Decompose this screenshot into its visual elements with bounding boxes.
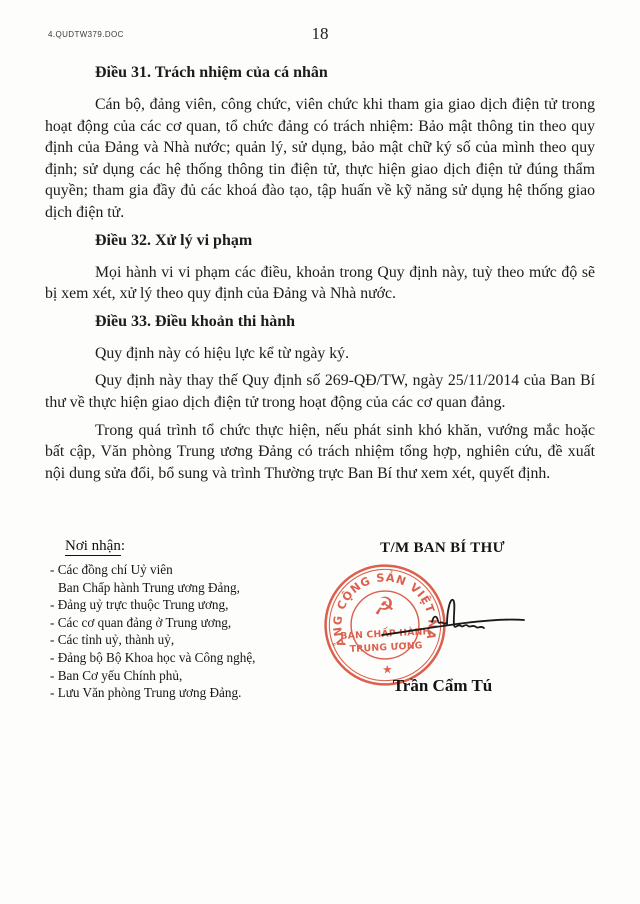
document-page: 4.QUDTW379.DOC 18 Điều 31. Trách nhiệm c… xyxy=(0,0,640,904)
recipient-item: - Đảng bộ Bộ Khoa học và Công nghệ, xyxy=(50,649,255,667)
article-33-heading: Điều 33. Điều khoản thi hành xyxy=(45,311,595,333)
article-33-paragraph-2: Quy định này thay thế Quy định số 269-QĐ… xyxy=(45,370,595,413)
document-body: Điều 31. Trách nhiệm của cá nhân Cán bộ,… xyxy=(45,62,595,490)
article-31-heading: Điều 31. Trách nhiệm của cá nhân xyxy=(45,62,595,84)
article-32-paragraph: Mọi hành vi vi phạm các điều, khoản tron… xyxy=(45,262,595,305)
article-31-paragraph: Cán bộ, đảng viên, công chức, viên chức … xyxy=(45,94,595,224)
page-number: 18 xyxy=(0,24,640,44)
recipient-item-continuation: Ban Chấp hành Trung ương Đảng, xyxy=(50,579,255,597)
recipient-item: - Lưu Văn phòng Trung ương Đảng. xyxy=(50,684,255,702)
recipient-item: - Các tỉnh uỷ, thành uỷ, xyxy=(50,631,255,649)
recipient-item: - Ban Cơ yếu Chính phủ, xyxy=(50,667,255,685)
signature-block: T/M BAN BÍ THƯ ĐẢNG CỘNG SẢN VIỆT NAM ☭ … xyxy=(320,538,565,778)
recipient-item: - Các cơ quan đảng ở Trung ương, xyxy=(50,614,255,632)
article-33-paragraph-3: Trong quá trình tổ chức thực hiện, nếu p… xyxy=(45,420,595,485)
signer-name: Trần Cẩm Tú xyxy=(320,676,565,696)
recipients-label: Nơi nhận: xyxy=(65,538,255,555)
article-33-paragraph-1: Quy định này có hiệu lực kể từ ngày ký. xyxy=(45,343,595,365)
signature-footer: Nơi nhận: - Các đồng chí Uỷ viên Ban Chấ… xyxy=(0,538,640,778)
handwritten-signature xyxy=(380,588,530,648)
star-icon: ★ xyxy=(382,662,393,677)
recipients-label-colon: : xyxy=(121,538,125,554)
recipient-item: - Các đồng chí Uỷ viên xyxy=(50,561,255,579)
recipient-item: - Đảng uỷ trực thuộc Trung ương, xyxy=(50,596,255,614)
recipients-label-text: Nơi nhận xyxy=(65,538,121,556)
article-32-heading: Điều 32. Xử lý vi phạm xyxy=(45,230,595,252)
recipients-block: Nơi nhận: - Các đồng chí Uỷ viên Ban Chấ… xyxy=(50,538,255,702)
